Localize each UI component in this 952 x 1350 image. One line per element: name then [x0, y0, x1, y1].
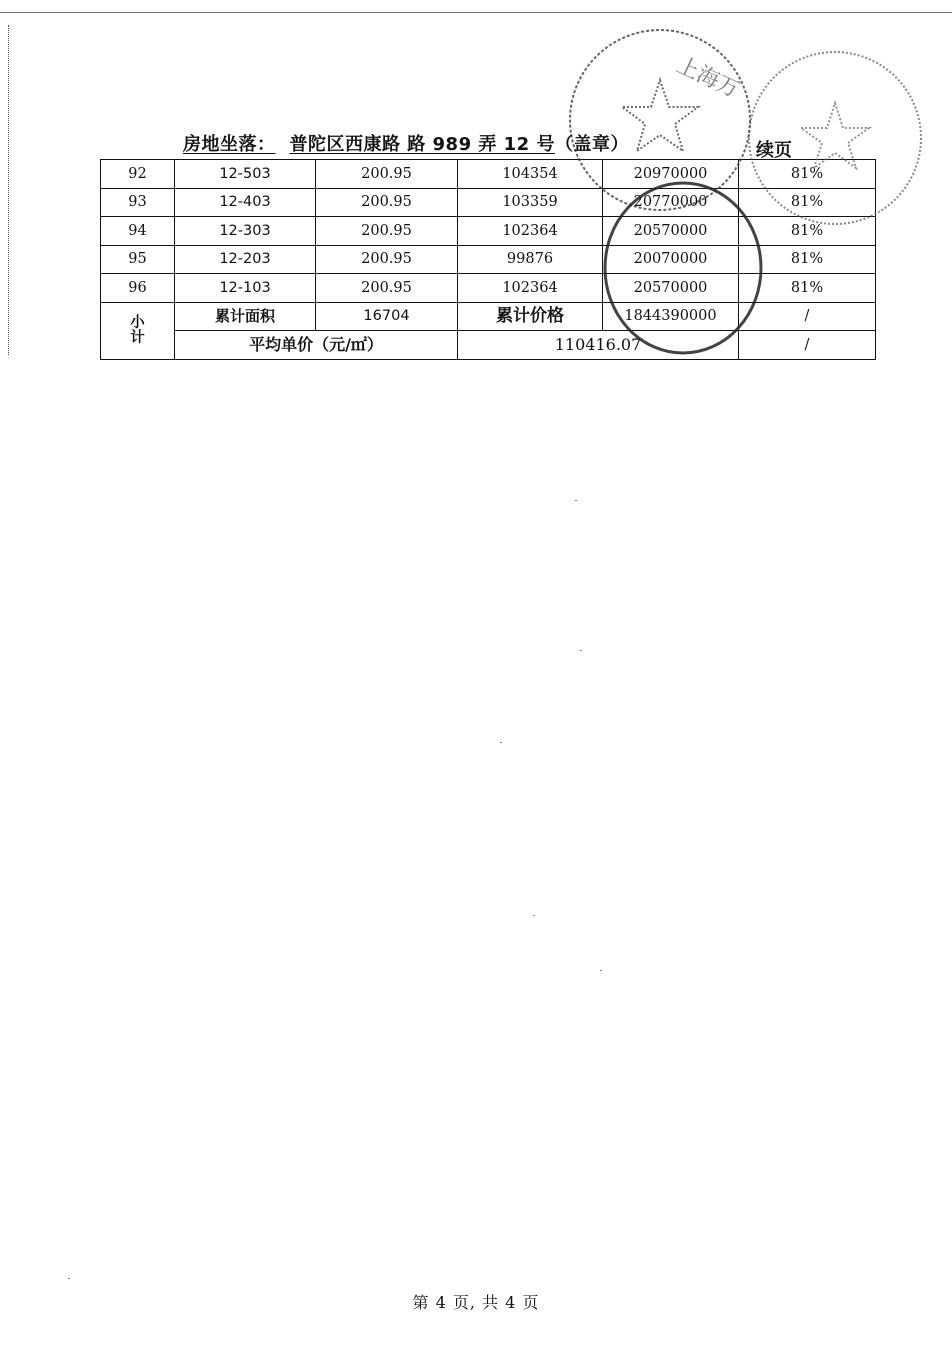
- cumulative-area-label: 累计面积: [175, 302, 316, 331]
- svg-text:上海万: 上海万: [672, 53, 742, 104]
- unit-number: 12-403: [175, 188, 316, 217]
- property-location-heading: 房地坐落：普陀区西康路 路 989 弄 12 号（盖章）: [183, 130, 629, 156]
- unit-number: 12-203: [175, 245, 316, 274]
- unit-price: 103359: [458, 188, 603, 217]
- cumulative-price-label: 累计价格: [458, 302, 603, 331]
- price-list-table: 9212-503200.951043542097000081%9312-4032…: [100, 159, 876, 360]
- table-row: 9312-403200.951033592077000081%: [101, 188, 876, 217]
- unit-price: 102364: [458, 217, 603, 246]
- scan-speck: [600, 970, 602, 971]
- page-number-footer: 第 4 页, 共 4 页: [0, 1290, 952, 1313]
- total-price: 20970000: [603, 160, 739, 189]
- table-row: 9612-103200.951023642057000081%: [101, 274, 876, 303]
- subtotal-label-line2: 计: [101, 331, 174, 346]
- unit-price: 99876: [458, 245, 603, 274]
- ratio-percent: 81%: [739, 274, 876, 303]
- location-label: 房地坐落：: [183, 134, 276, 155]
- row-number: 93: [101, 188, 175, 217]
- subtotal-label: 小 计: [101, 302, 175, 359]
- floor-area: 200.95: [316, 188, 458, 217]
- row-number: 95: [101, 245, 175, 274]
- subtotal-row-area: 小 计 累计面积 16704 累计价格 1844390000 /: [101, 302, 876, 331]
- seal-note: （盖章）: [555, 134, 629, 155]
- empty-mark: /: [739, 302, 876, 331]
- scan-speck: [580, 650, 582, 651]
- empty-mark: /: [739, 331, 876, 360]
- ratio-percent: 81%: [739, 245, 876, 274]
- total-price: 20770000: [603, 188, 739, 217]
- subtotal-label-line1: 小: [101, 316, 174, 331]
- row-number: 92: [101, 160, 175, 189]
- scan-speck: [68, 1278, 70, 1279]
- cumulative-area-value: 16704: [316, 302, 458, 331]
- unit-number: 12-303: [175, 217, 316, 246]
- table-row: 9512-203200.95998762007000081%: [101, 245, 876, 274]
- floor-area: 200.95: [316, 274, 458, 303]
- unit-price: 102364: [458, 274, 603, 303]
- subtotal-row-average: 平均单价（元/㎡） 110416.07 /: [101, 331, 876, 360]
- row-number: 94: [101, 217, 175, 246]
- ratio-percent: 81%: [739, 160, 876, 189]
- unit-number: 12-503: [175, 160, 316, 189]
- ratio-percent: 81%: [739, 217, 876, 246]
- total-price: 20570000: [603, 217, 739, 246]
- floor-area: 200.95: [316, 217, 458, 246]
- ratio-percent: 81%: [739, 188, 876, 217]
- total-price: 20570000: [603, 274, 739, 303]
- average-price-label: 平均单价（元/㎡）: [175, 331, 458, 360]
- average-price-value: 110416.07: [458, 331, 739, 360]
- unit-price: 104354: [458, 160, 603, 189]
- top-border-line: [0, 12, 952, 13]
- cumulative-price-value: 1844390000: [603, 302, 739, 331]
- location-address: 普陀区西康路 路 989 弄 12 号: [290, 134, 555, 155]
- unit-number: 12-103: [175, 274, 316, 303]
- table-row: 9212-503200.951043542097000081%: [101, 160, 876, 189]
- scan-speck: [533, 915, 535, 916]
- binding-margin-line: [8, 25, 9, 355]
- scan-speck: [575, 500, 577, 501]
- floor-area: 200.95: [316, 245, 458, 274]
- floor-area: 200.95: [316, 160, 458, 189]
- scan-speck: [500, 742, 502, 743]
- total-price: 20070000: [603, 245, 739, 274]
- table-row: 9412-303200.951023642057000081%: [101, 217, 876, 246]
- row-number: 96: [101, 274, 175, 303]
